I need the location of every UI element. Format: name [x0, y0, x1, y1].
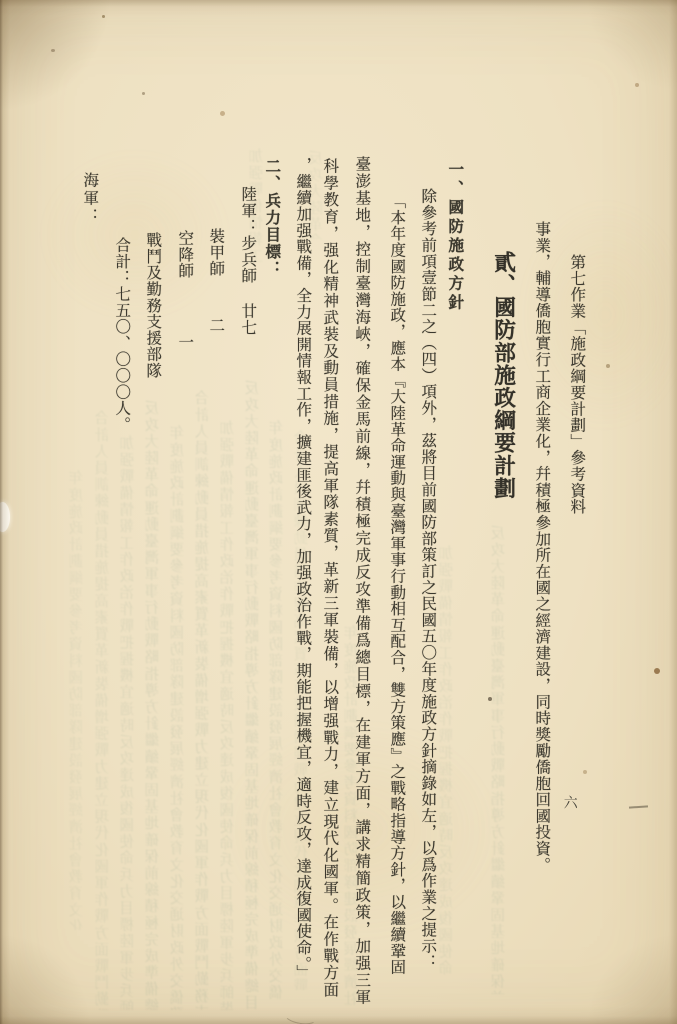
paper-speck — [142, 92, 145, 95]
bleedthrough-column: 反攻大陸革命運動臺灣軍事行動戰略指導方針繼續鞏固基地確保前線積極完成準備總目標建… — [246, 380, 262, 1010]
bleedthrough-column: 反攻大陸革命運動臺灣軍事行動戰略指導方針繼續鞏固基地確保前線積極完成準備總目標建… — [492, 525, 508, 995]
paper-speck — [635, 83, 639, 87]
paper-speck — [488, 697, 492, 701]
bleedthrough-column: 年度施政計劃綱要參考資料國防部隊建設發展經濟社會教育文化交通財政外交僑務司法內政… — [270, 420, 286, 1000]
heading-defense-policy: 一、國防施政方針 — [446, 161, 462, 313]
carryover-paragraph: 事業，輔導僑胞實行工商企業化，幷積極參加所在國之經濟建設，同時獎勵僑胞回國投資。 — [533, 221, 549, 873]
paper-speck — [220, 111, 225, 116]
paper-edge-chip — [0, 502, 10, 532]
paper-speck — [606, 364, 610, 368]
section-title: 貳、國防部施政綱要計劃 — [492, 251, 515, 500]
navy-item: 海軍： — [81, 172, 97, 226]
policy-intro-paragraph: 除參考前項壹節二之（四）項外，茲將目前國防部策訂之民國五〇年度施政方針摘錄如左，… — [419, 188, 435, 970]
bleedthrough-column: 年度施政計劃綱要參考資料國防部隊建設發展經濟社會教育文化交通財政外交僑務司法內政… — [171, 425, 187, 1010]
policy-quote-line-2: 臺澎基地，控制臺灣海峽，確保金馬前線，幷積極完成反攻準備爲總目標，在建軍方面，講… — [353, 156, 369, 1006]
airborne-division-item: 空降師 — [176, 230, 192, 279]
policy-quote-line-3: 科學教育，强化精神武裝及動員措施，提高軍隊素質，革新三軍裝備，以增强戰力，建立現… — [321, 158, 337, 998]
army-infantry-item: 陸軍：步兵師 — [239, 186, 255, 284]
airborne-division-count: 一 — [176, 334, 192, 350]
pencil-smudge — [283, 1005, 319, 1024]
paper-stain — [40, 150, 230, 320]
bleedthrough-column: 合計人員訓練動員措施提高素質革新裝備增强戰力建立現代化國軍作戰方面戰鬥勤務支援部… — [196, 390, 212, 1010]
bleedthrough-column: 反攻大陸革命運動臺灣軍事行動戰略指導方針繼續鞏固基地確保前線積極完成準備總目標建… — [146, 400, 162, 1010]
running-reference-line: 第七作業「施政綱要計劃」參考資料 — [568, 254, 584, 515]
policy-quote-line-1: 「本年度國防施政，應本『大陸革命運動與臺灣軍事行動相互配合，雙方策應』之戰略指導… — [388, 193, 404, 975]
army-total-strength: 合計：七五〇、〇〇〇人。 — [113, 237, 129, 433]
paper-speck — [51, 49, 55, 52]
margin-dash-mark — [629, 805, 648, 808]
paper-speck — [583, 770, 587, 774]
paper-speck — [102, 15, 105, 18]
armor-division-item: 裝甲師 — [207, 228, 223, 277]
bleedthrough-column: 加强戰備情報工作政治作戰把握機宜適時反攻達成復國使命兵力目標陸軍步兵師裝甲師空降… — [121, 435, 137, 1010]
bleedthrough-column: 加强戰備情報工作政治作戰把握機宜適時反攻達成復國使命兵力目標陸軍步兵師裝甲師空降… — [221, 420, 237, 1010]
bleedthrough-column: 加强戰備情報工作政治作戰把握機宜適時反攻達成復國使命兵力目標陸軍步兵師裝甲師空降… — [440, 545, 456, 975]
heading-force-goals: 二、兵力目標： — [263, 158, 279, 278]
armor-division-count: 二 — [207, 317, 223, 333]
scanned-document-page: 反攻大陸革命運動臺灣軍事行動戰略指導方針繼續鞏固基地確保前線積極完成準備總目標建… — [0, 0, 677, 1024]
army-infantry-count: 廿七 — [239, 303, 255, 336]
page-number: 六 — [561, 795, 576, 809]
policy-quote-line-4: ，繼續加强戰備，全力展開情報工作，擴建匪後武力，加强政治作戰，期能把握機宜，適時… — [294, 157, 310, 981]
bleedthrough-column: 合計人員訓練動員措施提高素質革新裝備增强戰力建立現代化國軍作戰方面戰鬥勤務支援部… — [96, 410, 112, 1010]
paper-speck — [654, 668, 660, 674]
bleedthrough-column: 年度施政計劃綱要參考資料國防部隊建設發展經濟社會教育文化交通財政外交僑務司法內政… — [70, 470, 86, 930]
support-troops-item: 戰鬥及勤務支援部隊 — [144, 232, 160, 379]
